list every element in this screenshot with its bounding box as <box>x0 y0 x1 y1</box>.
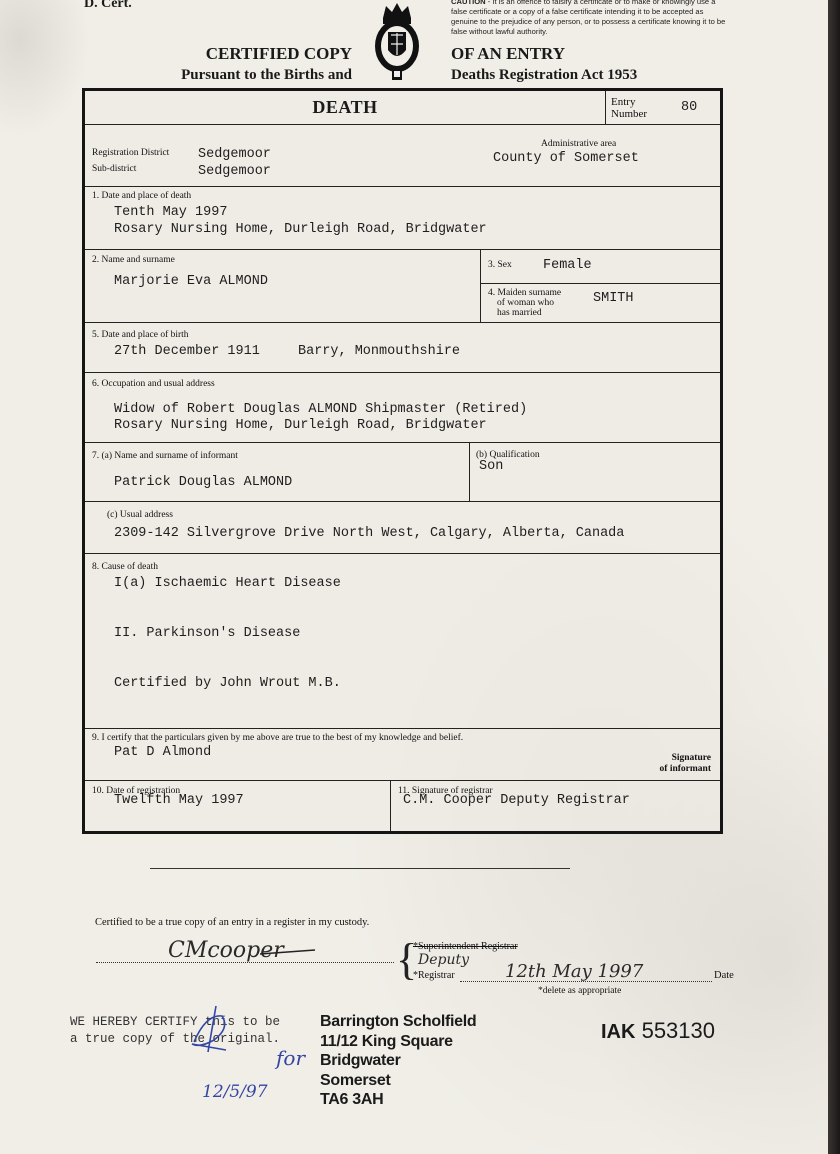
informant-address: 2309-142 Silvergrove Drive North West, C… <box>114 525 624 542</box>
date-of-death: Tenth May 1997 <box>114 204 227 221</box>
delete-note: *delete as appropriate <box>538 986 621 996</box>
caution-text: - It is an offence to falsify a certific… <box>451 0 725 36</box>
field-8-cause: 8. Cause of death I(a) Ischaemic Heart D… <box>85 554 720 729</box>
registration-district: Sedgemoor <box>198 146 271 163</box>
occupation: Widow of Robert Douglas ALMOND Shipmaste… <box>114 401 527 418</box>
registrar-signature: C.M. Cooper Deputy Registrar <box>403 792 630 809</box>
title-certified-copy: CERTIFIED COPY <box>130 44 352 64</box>
field-7c-label: (c) Usual address <box>107 510 173 521</box>
caution-notice: CAUTION - It is an offence to falsify a … <box>451 0 731 37</box>
informant-qualification: Son <box>479 458 503 475</box>
informant-name: Patrick Douglas ALMOND <box>114 474 292 491</box>
registration-district-label: Registration District <box>92 148 169 159</box>
serial-digits: 553130 <box>642 1018 715 1043</box>
informant-signature: Pat D Almond <box>114 744 211 761</box>
title-of-an-entry: OF AN ENTRY <box>451 44 711 64</box>
solicitor-date-handwritten: 12/5/97 <box>202 1082 268 1102</box>
field-4-label: 4. Maiden surname of woman who has marri… <box>488 288 561 318</box>
stamp-firm: Barrington Scholfield <box>320 1012 476 1032</box>
divider-line <box>150 868 570 869</box>
title-left: CERTIFIED COPY Pursuant to the Births an… <box>130 44 352 86</box>
date-of-birth: 27th December 1911 <box>114 343 260 360</box>
certification-statement: Certified to be a true copy of an entry … <box>95 917 369 928</box>
field-2-label: 2. Name and surname <box>92 255 175 266</box>
solicitor-signature-icon <box>186 1004 236 1054</box>
title-right: OF AN ENTRY Deaths Registration Act 1953 <box>451 44 711 86</box>
entry-number-label: Entry Number <box>611 96 647 120</box>
field-10-11-row: 10. Date of registration Twelfth May 199… <box>85 781 720 831</box>
field-7c-address: (c) Usual address 2309-142 Silvergrove D… <box>85 502 720 554</box>
signature-of-informant-label: Signature of informant <box>645 753 711 775</box>
cause-of-death-2: II. Parkinson's Disease <box>114 625 300 642</box>
administrative-area: County of Somerset <box>493 150 639 167</box>
registrar-label: *Registrar <box>413 970 455 981</box>
deputy-handwritten: Deputy <box>418 952 469 968</box>
field-7-informant: 7. (a) Name and surname of informant Pat… <box>85 443 720 502</box>
page-edge <box>828 0 840 1154</box>
field-3-label: 3. Sex <box>488 260 512 271</box>
title-act: Deaths Registration Act 1953 <box>451 64 711 86</box>
field-5-label: 5. Date and place of birth <box>92 330 189 341</box>
district-row: Registration District Sedgemoor Sub-dist… <box>85 125 720 187</box>
stamp-county: Somerset <box>320 1071 476 1091</box>
sub-district: Sedgemoor <box>198 163 271 180</box>
field-1-label: 1. Date and place of death <box>92 191 191 202</box>
field-2-4-row: 2. Name and surname Marjorie Eva ALMOND … <box>85 250 720 323</box>
field-6-label: 6. Occupation and usual address <box>92 379 215 390</box>
field-9-label: 9. I certify that the particulars given … <box>92 733 463 744</box>
cause-of-death-1a: I(a) Ischaemic Heart Disease <box>114 575 341 592</box>
solicitor-statement-line1: WE HEREBY CERTIFY this to be <box>70 1014 280 1031</box>
entry-number: 80 <box>681 99 697 116</box>
solicitor-statement: WE HEREBY CERTIFY this to be a true copy… <box>70 1014 280 1048</box>
royal-crest-icon <box>374 0 420 82</box>
field-8-label: 8. Cause of death <box>92 562 158 573</box>
field-1-death: 1. Date and place of death Tenth May 199… <box>85 187 720 250</box>
stamp-town: Bridgwater <box>320 1051 476 1071</box>
title-pursuant: Pursuant to the Births and <box>130 64 352 86</box>
stamp-street: 11/12 King Square <box>320 1032 476 1052</box>
serial-prefix: IAK <box>601 1021 635 1043</box>
caution-heading: CAUTION <box>451 0 486 6</box>
place-of-death: Rosary Nursing Home, Durleigh Road, Brid… <box>114 221 487 238</box>
form-code: D. Cert. <box>84 0 132 12</box>
superintendent-registrar-label: *Superintendent Registrar <box>413 941 518 952</box>
field-6-occupation: 6. Occupation and usual address Widow of… <box>85 373 720 443</box>
form-title-row: DEATH Entry Number 80 <box>85 91 720 125</box>
solicitor-stamp: Barrington Scholfield 11/12 King Square … <box>320 1012 476 1110</box>
deceased-name: Marjorie Eva ALMOND <box>114 273 268 290</box>
form-title: DEATH <box>85 97 605 118</box>
stamp-postcode: TA6 3AH <box>320 1090 476 1110</box>
sub-district-label: Sub-district <box>92 164 136 175</box>
field-5-birth: 5. Date and place of birth 27th December… <box>85 323 720 373</box>
solicitor-statement-line2: a true copy of the original. <box>70 1031 280 1048</box>
date-label: Date <box>714 970 734 981</box>
serial-number: IAK 553130 <box>601 1018 715 1044</box>
certified-by: Certified by John Wrout M.B. <box>114 675 341 692</box>
date-of-registration: Twelfth May 1997 <box>114 792 244 809</box>
field-9-certify: 9. I certify that the particulars given … <box>85 729 720 781</box>
signature-flourish-icon <box>260 946 320 960</box>
sex-value: Female <box>543 257 592 274</box>
administrative-area-label: Administrative area <box>541 139 616 150</box>
place-of-birth: Barry, Monmouthshire <box>298 343 460 360</box>
for-handwritten: for <box>276 1046 305 1070</box>
death-entry-form: DEATH Entry Number 80 Registration Distr… <box>82 88 723 834</box>
date-handwritten: 12th May 1997 <box>505 961 643 982</box>
field-7a-label: 7. (a) Name and surname of informant <box>92 451 238 462</box>
maiden-surname: SMITH <box>593 290 634 307</box>
usual-address: Rosary Nursing Home, Durleigh Road, Brid… <box>114 417 487 434</box>
